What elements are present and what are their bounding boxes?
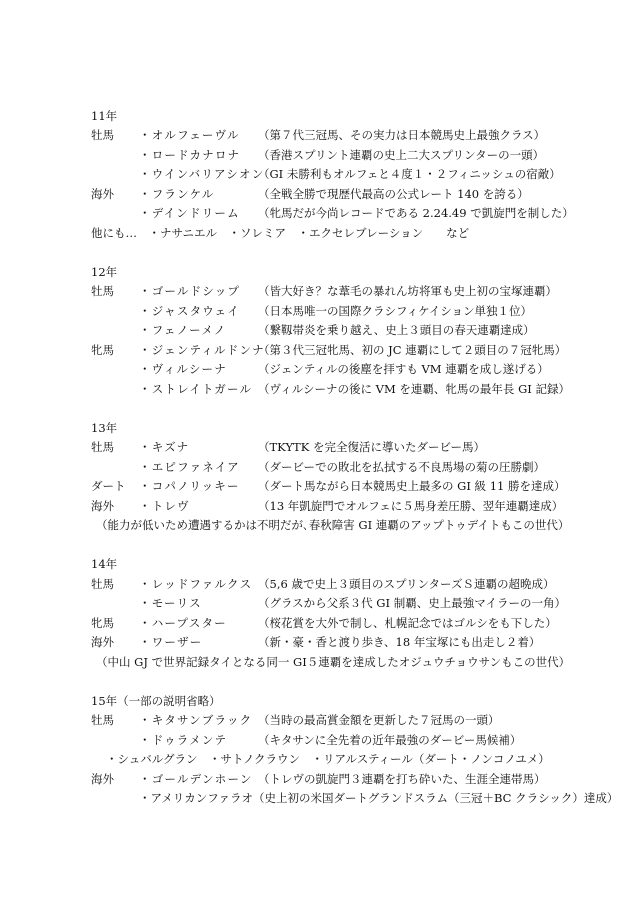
horse-description: （皆大好き？な葦毛の暴れん坊将軍も史上初の宝塚連覇） — [258, 281, 557, 301]
category-label: 牡馬 — [91, 437, 114, 457]
horse-description: （ヴィルシーナの後に VM を連覇、牝馬の最年長 GI 記録） — [258, 379, 570, 399]
horse-name: ・エピファネイア — [139, 457, 240, 477]
horse-name: ・ジャスタウェイ — [139, 301, 240, 321]
horse-description: （第３代三冠牝馬、初の JC 連覇にして２頭目の７冠牝馬） — [258, 340, 566, 360]
category-label: 海外 — [91, 496, 114, 516]
horse-description: （5,6 歳で史上３頭目のスプリンターズＳ連覇の超晩成） — [258, 574, 554, 594]
horse-description: （新・豪・香と渡り歩き、18 年宝塚にも出走し２着） — [258, 632, 540, 652]
horse-name: ・ストレイトガール — [139, 379, 252, 399]
horse-name: ・アメリカンファラオ（史上初の米国ダートグランドスラム（三冠＋BC クラシック）… — [139, 788, 618, 808]
section-heading-12: 12年 — [91, 262, 117, 282]
category-label: 牝馬 — [91, 340, 114, 360]
horse-name: ・オルフェーヴル — [139, 125, 240, 145]
category-label: 海外 — [91, 632, 114, 652]
document-page: 11年 牡馬 ・オルフェーヴル （第７代三冠馬、その実力は日本競馬史上最強クラス… — [0, 0, 641, 906]
horse-description: （全戦全勝で現歴代最高の公式レート 140 を誇る） — [258, 184, 529, 204]
horse-description: （桜花賞を大外で制し、札幌記念ではゴルシをも下した） — [258, 613, 557, 633]
horse-description: （TKYTK を完全復活に導いたダービー馬） — [258, 437, 485, 457]
horse-name: ・キズナ — [139, 437, 189, 457]
horse-name: ・モーリス — [139, 593, 202, 613]
category-label: ダート — [91, 476, 126, 496]
horse-description: （第７代三冠馬、その実力は日本競馬史上最強クラス） — [258, 125, 545, 145]
category-label: 牝馬 — [91, 613, 114, 633]
horse-description: （当時の最高賞金額を更新した７冠馬の一頭） — [258, 710, 500, 730]
category-label: 牡馬 — [91, 574, 114, 594]
horse-name: ・ドゥラメンテ — [139, 730, 227, 750]
note-text: 他にも… ・ナサニエル ・ソレミア ・エクセレブレーション など — [91, 223, 469, 243]
horse-name: ・トレヴ — [139, 496, 190, 516]
category-label: 牡馬 — [91, 281, 114, 301]
category-label: 海外 — [91, 184, 114, 204]
horse-name: ・ロードカナロナ — [139, 145, 240, 165]
horse-name: ・ハープスター — [139, 613, 227, 633]
horse-name: ・コパノリッキー — [139, 476, 240, 496]
horse-name: ・ゴールドシップ — [139, 281, 240, 301]
horse-name: ・フランケル — [139, 184, 214, 204]
section-heading-14: 14年 — [91, 554, 117, 574]
horse-name: ・ワーザー — [139, 632, 203, 652]
section-heading-15: 15年（一部の説明省略） — [91, 691, 221, 711]
horse-description: （ジェンティルの後塵を拝すも VM 連覇を成し遂げる） — [258, 359, 549, 379]
section-heading-11: 11年 — [91, 106, 117, 126]
horse-description: （繋靱帯炎を乗り越え、史上３頭目の春天連覇達成） — [258, 320, 535, 340]
horse-name: ・ヴィルシーナ — [139, 359, 227, 379]
horse-description: （13 年凱旋門でオルフェに５馬身差圧勝、翌年連覇達成） — [258, 496, 563, 516]
horse-description: （ダート馬ながら日本競馬史上最多の GI 級 11 勝を達成） — [258, 476, 565, 496]
note-text: （能力が低いため遭遇するかは不明だが､春秋障害 GI 連覇のアップトゥデイトもこ… — [96, 515, 569, 535]
section-heading-13: 13年 — [91, 418, 117, 438]
horse-description: （牝馬だが今尚レコードである 2.24.49 で凱旋門を制した） — [258, 203, 574, 223]
category-label: 海外 — [91, 769, 114, 789]
horse-name: ・ジェンティルドンナ — [139, 340, 265, 360]
note-text: （中山 GJ で世界記録タイとなる同一 GI５連覇を達成したオジュウチョウサンも… — [96, 652, 570, 672]
horse-name: ・ゴールデンホーン — [139, 769, 253, 789]
note-text: ・シュバルグラン ・サトノクラウン ・リアルスティール（ダート・ノンコノユメ） — [106, 749, 550, 769]
horse-description: （GI 未勝利もオルフェと４度１・２フィニッシュの宿敵） — [258, 164, 561, 184]
horse-description: （ダービーでの敗北を払拭する不良馬場の菊の圧勝劇） — [258, 457, 545, 477]
category-label: 牡馬 — [91, 125, 114, 145]
horse-name: ・レッドファルクス — [139, 574, 252, 594]
horse-name: ・キタサンブラック — [139, 710, 252, 730]
horse-name: ・フェノーメノ — [139, 320, 226, 340]
horse-description: （グラスから父系３代 GI 制覇、史上最強マイラーの一角） — [258, 593, 566, 613]
horse-description: （トレヴの凱旋門３連覇を打ち砕いた、生涯全連帯馬） — [258, 769, 546, 789]
horse-name: ・デインドリーム — [139, 203, 240, 223]
horse-name: ・ウインバリアシオン — [139, 164, 264, 184]
horse-description: （日本馬唯一の国際クラシフィケイション単独１位） — [258, 301, 532, 321]
horse-description: （キタサンに全先着の近年最強のダービー馬候補） — [258, 730, 521, 750]
horse-description: （香港スプリント連覇の史上二大スプリンターの一頭） — [258, 145, 544, 165]
category-label: 牡馬 — [91, 710, 114, 730]
